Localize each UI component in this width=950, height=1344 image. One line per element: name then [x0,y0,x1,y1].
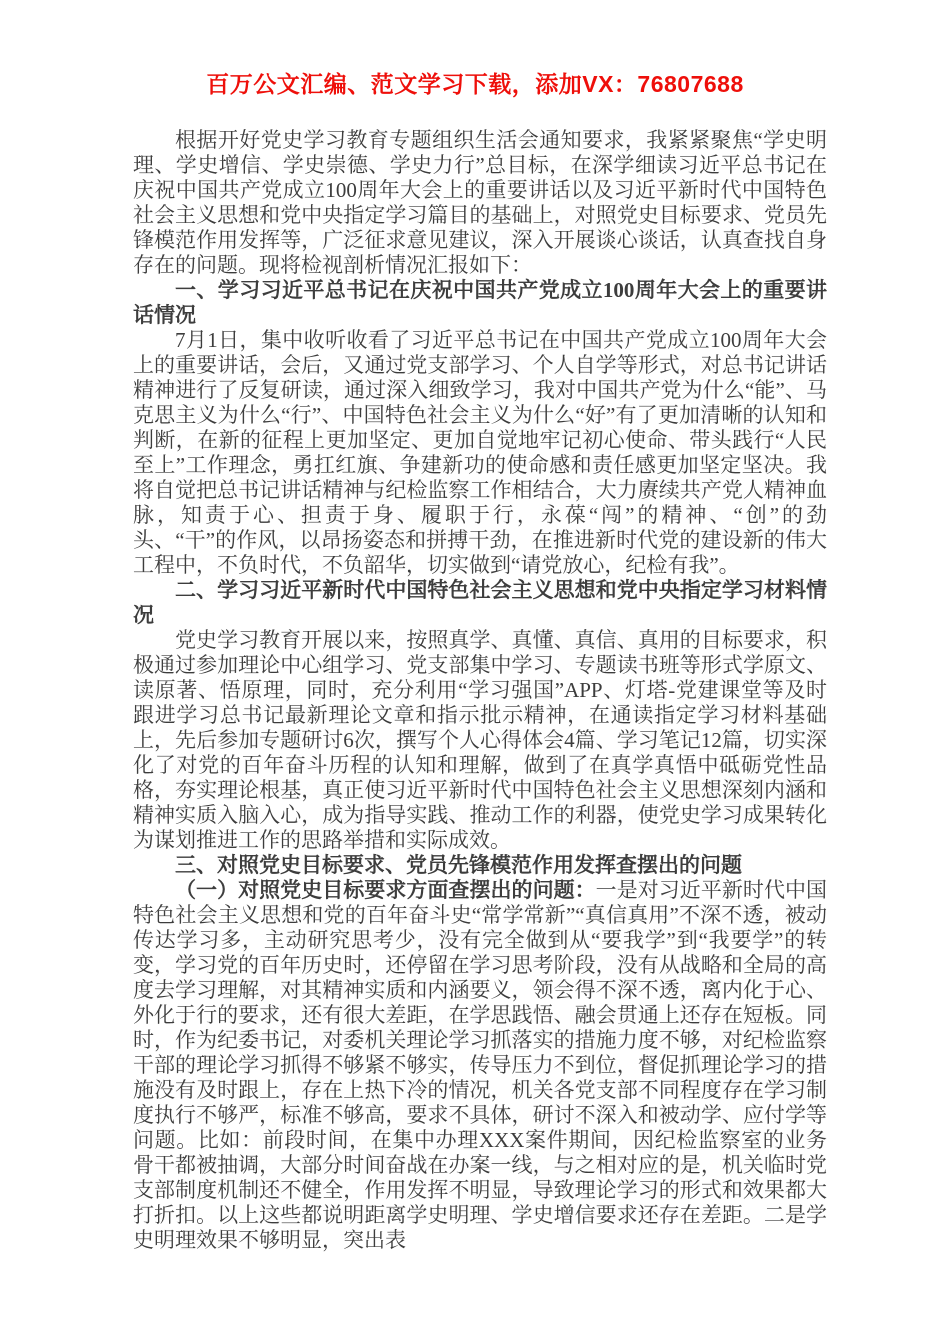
section1-heading: 一、学习习近平总书记在庆祝中国共产党成立100周年大会上的重要讲话情况 [133,278,827,328]
section3-sub1-lead: （一）对照党史目标要求方面查摆出的问题： [175,878,596,902]
document-page: 百万公文汇编、范文学习下载，添加VX：76807688 根据开好党史学习教育专题… [0,0,950,1344]
section3-sub1-body: 一是对习近平新时代中国特色社会主义思想和党的百年奋斗史“常学常新”“真信真用”不… [133,878,827,1252]
section1-paragraph: 7月1日，集中收听收看了习近平总书记在中国共产党成立100周年大会上的重要讲话，… [133,328,827,578]
document-body: 根据开好党史学习教育专题组织生活会通知要求，我紧紧聚焦“学史明理、学史增信、学史… [133,128,827,1253]
section2-paragraph: 党史学习教育开展以来，按照真学、真懂、真信、真用的目标要求，积极通过参加理论中心… [133,628,827,853]
section3-heading: 三、对照党史目标要求、党员先锋模范作用发挥查摆出的问题 [133,853,827,878]
intro-paragraph: 根据开好党史学习教育专题组织生活会通知要求，我紧紧聚焦“学史明理、学史增信、学史… [133,128,827,278]
section2-heading: 二、学习习近平新时代中国特色社会主义思想和党中央指定学习材料情况 [133,578,827,628]
section3-sub1-paragraph: （一）对照党史目标要求方面查摆出的问题：一是对习近平新时代中国特色社会主义思想和… [133,878,827,1253]
promo-banner: 百万公文汇编、范文学习下载，添加VX：76807688 [0,70,950,98]
